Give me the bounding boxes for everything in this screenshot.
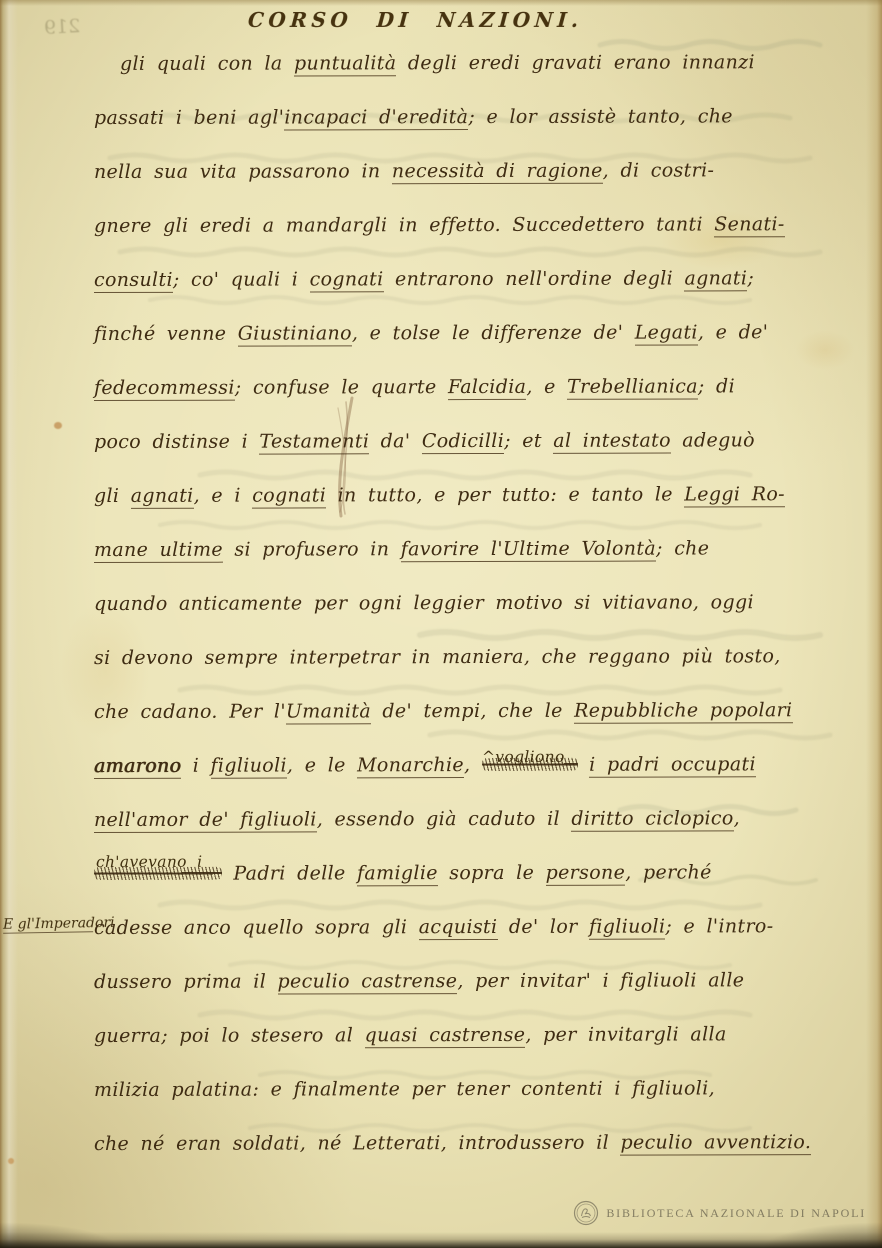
text-segment: cognati xyxy=(252,484,326,508)
text-segment: quando anticamente per ogni leggier moti… xyxy=(94,591,754,615)
text-segment: gli quali con la xyxy=(120,52,294,74)
text-segment: , e xyxy=(526,376,567,398)
text-segment: , e de' xyxy=(698,321,769,343)
text-segment: ; che xyxy=(656,537,709,559)
manuscript-line: che né eran soldati, né Letterati, intro… xyxy=(94,1131,874,1187)
text-segment: ; di xyxy=(698,375,735,397)
text-segment: da' xyxy=(369,430,422,452)
text-segment: fedecommessi xyxy=(94,377,235,401)
text-segment: acquisti xyxy=(419,916,498,940)
text-segment: poco distinse i xyxy=(94,431,259,453)
text-segment: ; e l'intro- xyxy=(665,915,773,937)
text-segment: degli eredi gravati erano innanzi xyxy=(396,51,755,74)
text-segment: agnati xyxy=(684,267,747,291)
text-segment: , essendo già caduto il xyxy=(317,808,572,831)
text-segment: famiglie xyxy=(357,862,438,886)
text-segment: , per invitar' i figliuoli alle xyxy=(457,969,744,992)
text-segment xyxy=(578,754,589,776)
margin-note: E gl'Imperadori xyxy=(3,915,93,934)
text-segment: guerra; poi lo stesero al xyxy=(94,1024,365,1047)
text-segment: cadesse anco quello sopra gli xyxy=(94,916,419,939)
text-segment: che né eran soldati, né Letterati, intro… xyxy=(94,1132,621,1155)
text-segment: Senati- xyxy=(714,213,784,237)
text-segment: passati i beni agl' xyxy=(94,107,284,129)
manuscript-line: milizia palatina: e finalmente per tener… xyxy=(94,1077,874,1133)
text-segment: , e i xyxy=(194,485,253,507)
manuscript-line: guerra; poi lo stesero al quasi castrens… xyxy=(94,1023,874,1079)
text-segment: incapaci d'eredità xyxy=(284,106,468,130)
text-segment: gli xyxy=(94,485,131,507)
text-segment: Testamenti xyxy=(259,430,369,454)
text-segment: puntualità xyxy=(294,52,397,76)
text-segment: dussero prima il xyxy=(94,971,278,993)
manuscript-line: gli quali con la puntualità degli eredi … xyxy=(94,51,874,107)
library-logo-icon xyxy=(573,1200,599,1226)
manuscript-line: fedecommessi; confuse le quarte Falcidia… xyxy=(94,375,874,431)
text-segment: Umanità xyxy=(286,700,371,724)
text-segment: Legati xyxy=(635,321,698,345)
text-segment: ; e lor assistè tanto, che xyxy=(468,105,733,128)
text-segment: figliuoli xyxy=(589,916,665,940)
text-segment: cognati xyxy=(310,268,384,292)
text-segment: gnere gli eredi a mandargli in effetto. … xyxy=(94,213,714,237)
text-segment: adeguò xyxy=(671,429,755,451)
text-segment: Codicilli xyxy=(422,430,504,454)
manuscript-line: gli agnati, e i cognati in tutto, e per … xyxy=(94,483,874,539)
text-segment: ; xyxy=(747,267,754,289)
text-segment: in tutto, e per tutto: e tanto le xyxy=(326,483,684,506)
text-segment: diritto ciclopico xyxy=(571,807,733,831)
page-title: CORSO DI NAZIONI. xyxy=(247,8,583,32)
text-segment: de' lor xyxy=(497,916,589,938)
text-segment: peculio avventizio. xyxy=(620,1131,811,1155)
manuscript-line: passati i beni agl'incapaci d'eredità; e… xyxy=(94,105,874,161)
text-segment: Trebellianica xyxy=(567,375,698,399)
manuscript-line: consulti; co' quali i cognati entrarono … xyxy=(94,267,874,323)
manuscript-line: nell'amor de' figliuoli, essendo già cad… xyxy=(94,807,874,863)
text-segment: nella sua vita passarono in xyxy=(94,160,392,183)
text-segment: figliuoli xyxy=(210,755,286,779)
text-segment: ; et xyxy=(504,430,553,452)
text-segment: , e le xyxy=(287,754,357,776)
text-segment: , di costri- xyxy=(603,159,715,181)
text-segment: Falcidia xyxy=(448,376,526,400)
manuscript-line: che cadano. Per l'Umanità de' tempi, che… xyxy=(94,699,874,755)
manuscript-line: poco distinse i Testamenti da' Codicilli… xyxy=(94,429,874,485)
text-segment: Giustiniano xyxy=(238,322,352,346)
text-segment: nell'amor de' figliuoli xyxy=(94,808,317,833)
text-segment: mane ultime xyxy=(94,539,223,563)
folio-number-bleed: 219 xyxy=(43,15,80,39)
manuscript-line: nella sua vita passarono in necessità di… xyxy=(94,159,874,215)
manuscript-line: finché venne Giustiniano, e tolse le dif… xyxy=(94,321,874,377)
text-segment: milizia palatina: e finalmente per tener… xyxy=(94,1077,715,1101)
text-segment: i xyxy=(181,755,210,777)
page-bottom-edge xyxy=(0,1232,882,1248)
text-segment: peculio castrense xyxy=(277,970,457,994)
text-segment: si profusero in xyxy=(223,538,401,560)
page-top-edge xyxy=(0,0,882,6)
text-segment: de' tempi, che le xyxy=(371,700,574,723)
text-segment: amarono xyxy=(94,755,181,779)
manuscript-line: gnere gli eredi a mandargli in effetto. … xyxy=(94,213,874,269)
text-segment: necessità di ragione xyxy=(392,160,603,185)
text-segment: , xyxy=(464,754,482,776)
text-segment: Repubbliche popolari xyxy=(574,699,792,724)
text-segment: al intestato xyxy=(553,430,671,454)
text-segment: , perché xyxy=(625,861,712,883)
text-segment: finché venne xyxy=(94,323,238,345)
text-segment: ; confuse le quarte xyxy=(235,376,448,399)
manuscript-line: amarono i figliuoli, e le Monarchie, ^vo… xyxy=(94,753,874,809)
manuscript-line: si devono sempre interpetrar in maniera,… xyxy=(94,645,874,701)
text-segment: , xyxy=(734,807,740,829)
text-segment: entrarono nell'ordine degli xyxy=(384,267,685,290)
struck-out-illegible-word xyxy=(482,758,578,771)
text-segment: consulti xyxy=(94,269,173,293)
text-segment: quasi castrense xyxy=(365,1024,526,1048)
manuscript-line: mane ultime si profusero in favorire l'U… xyxy=(94,537,874,593)
text-segment: Monarchie xyxy=(357,754,464,778)
manuscript-line: quando anticamente per ogni leggier moti… xyxy=(94,591,874,647)
text-segment: , per invitargli alla xyxy=(525,1023,726,1046)
text-segment: persone xyxy=(546,862,626,886)
text-segment: sopra le xyxy=(438,862,546,884)
manuscript-line: dussero prima il peculio castrense, per … xyxy=(94,969,874,1025)
text-segment: , e tolse le differenze de' xyxy=(352,322,635,345)
page-left-edge xyxy=(0,0,18,1248)
manuscript-line: ch'avevano i Padri delle famiglie sopra … xyxy=(94,861,874,917)
struck-out-illegible-word xyxy=(94,867,222,880)
manuscript-page: 219 CORSO DI NAZIONI. E gl'Imperadori gl… xyxy=(0,0,882,1248)
library-watermark-label: Biblioteca Nazionale di Napoli xyxy=(606,1206,866,1221)
text-segment: Leggi Ro- xyxy=(684,483,785,507)
text-segment: si devono sempre interpetrar in maniera,… xyxy=(94,645,781,669)
text-segment: agnati xyxy=(131,485,194,509)
text-segment: che cadano. Per l' xyxy=(94,701,286,724)
text-segment: favorire l'Ultime Volontà xyxy=(401,538,656,563)
text-segment: Padri delle xyxy=(222,862,357,884)
text-segment: ; co' quali i xyxy=(173,268,310,290)
text-segment: i padri occupati xyxy=(589,753,756,777)
paper-stain xyxy=(54,422,62,429)
manuscript-line: cadesse anco quello sopra gli acquisti d… xyxy=(94,915,874,971)
manuscript-body: gli quali con la puntualità degli eredi … xyxy=(94,52,874,1186)
